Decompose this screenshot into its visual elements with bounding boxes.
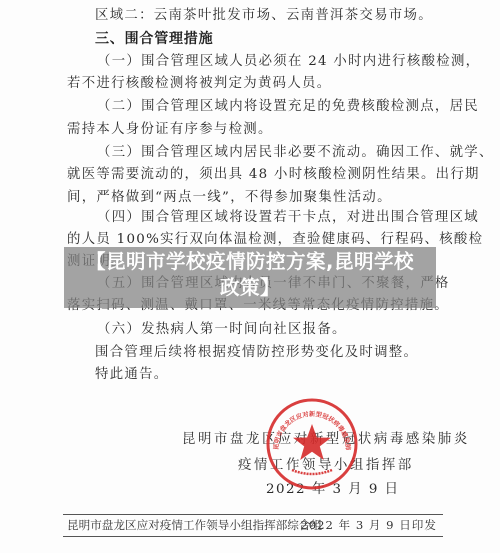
title-overlay[interactable]: 【昆明市学校疫情防控方案,昆明学校 政策】	[64, 247, 436, 308]
text-line: （四）围合管理区域将设置若干卡点，对进出围合管理区域	[97, 210, 479, 226]
section-heading: 三、围合管理措施	[95, 31, 213, 47]
text-line: 需持本人身份证有序参与检测。	[67, 122, 273, 138]
text-line: （三）围合管理区域内居民非必要不流动。确因工作、就学、	[97, 145, 494, 161]
issuing-footer: 昆明市盘龙区应对疫情工作领导小组指挥部综合组 2022 年 3 月 9 日印发	[63, 514, 443, 537]
text-line: 若不进行核酸检测将被判定为黄码人员。	[67, 76, 331, 92]
text-line: 的人员 100%实行双向体温检测，查验健康码、行程码、核酸检	[67, 232, 483, 248]
article-title[interactable]: 【昆明市学校疫情防控方案,昆明学校 政策】	[64, 249, 436, 301]
text-line: 区域二：云南茶叶批发市场、云南普洱茶交易市场。	[95, 8, 433, 24]
text-line: （一）围合管理区域人员必须在 24 小时内进行核酸检测，	[97, 54, 480, 70]
text-line: 围合管理后续将根据疫情防控形势变化及时调整。	[95, 345, 418, 361]
official-seal-icon: 昆明市盘龙区应对新型冠状病毒感染肺炎疫情工作领导小组指挥部	[266, 398, 358, 490]
footer-issue-date: 2022 年 3 月 9 日印发	[300, 518, 437, 532]
text-line: 就医等需要流动的，须出具 48 小时核酸检测阴性结果。出行期	[67, 167, 480, 183]
document-page: 区域二：云南茶叶批发市场、云南普洱茶交易市场。 三、围合管理措施 （一）围合管理…	[0, 0, 500, 553]
text-line: 特此通告。	[95, 367, 168, 383]
footer-issuer: 昆明市盘龙区应对疫情工作领导小组指挥部综合组	[67, 518, 322, 532]
title-line-1: 【昆明市学校疫情防控方案,昆明学校	[64, 249, 436, 275]
text-line: （二）围合管理区域内将设置充足的免费核酸检测点，居民	[97, 99, 479, 115]
title-line-2: 政策】	[64, 275, 436, 301]
text-line: 间，严格做到“两点一线”，不得参加聚集性活动。	[67, 190, 392, 206]
text-line: （六）发热病人第一时间向社区报备。	[97, 322, 347, 338]
